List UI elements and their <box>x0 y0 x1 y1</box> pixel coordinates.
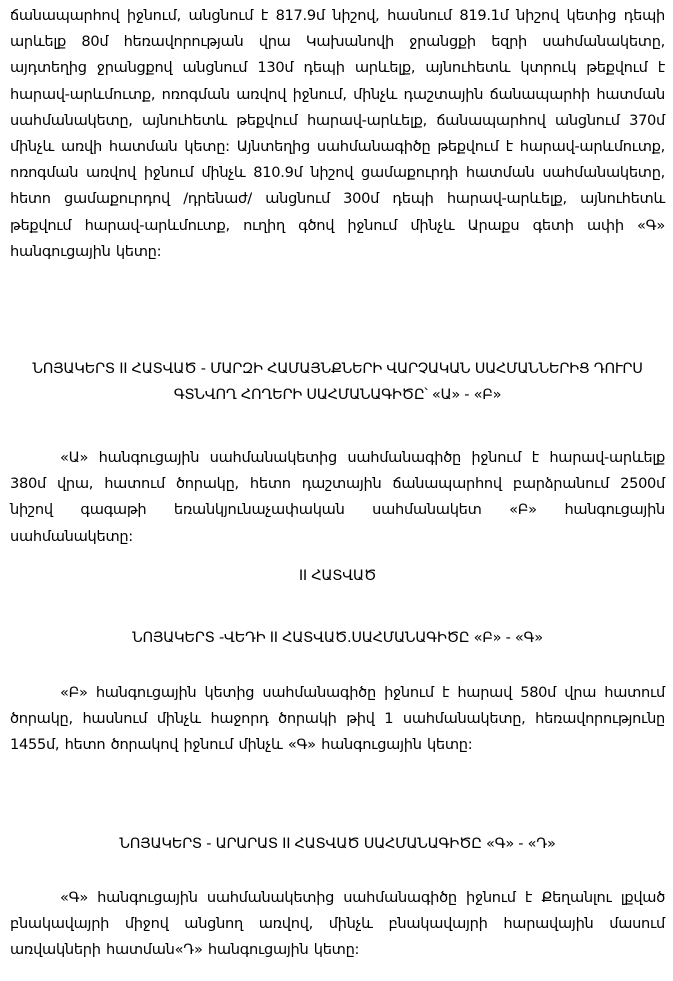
section-heading-noyakert-ararat-g-d: ՆՈՅԱԿԵՐՏ - ԱՐԱՐԱՏ II ՀԱՏՎԱԾ ՍԱՀՄԱՆԱԳԻԾԸ … <box>10 831 665 857</box>
section-heading-noyakert-section-ii-a-b: ՆՈՅԱԿԵՐՏ II ՀԱՏՎԱԾ - ՄԱՐԶԻ ՀԱՄԱՅՆՔՆԵՐԻ Վ… <box>10 356 665 408</box>
section-heading-noyakert-vedi-b-g: ՆՈՅԱԿԵՐՏ -ՎԵԴԻ II ՀԱՏՎԱԾ.ՍԱՀՄԱՆԱԳԻԾԸ «Բ»… <box>10 625 665 651</box>
paragraph-b-to-g: «Բ» հանգուցային կետից սահմանագիծը իջնում… <box>10 680 665 759</box>
paragraph-a-to-b: «Ա» հանգուցային սահմանակետից սահմանագիծը… <box>10 445 665 550</box>
paragraph-boundary-description-continued: ճանապարհով իջնում, անցնում է 817.9մ նիշո… <box>10 3 665 265</box>
paragraph-g-to-d: «Գ» հանգուցային սահմանակետից սահմանագիծը… <box>10 885 665 964</box>
section-heading-section-ii: II ՀԱՏՎԱԾ <box>10 563 665 589</box>
